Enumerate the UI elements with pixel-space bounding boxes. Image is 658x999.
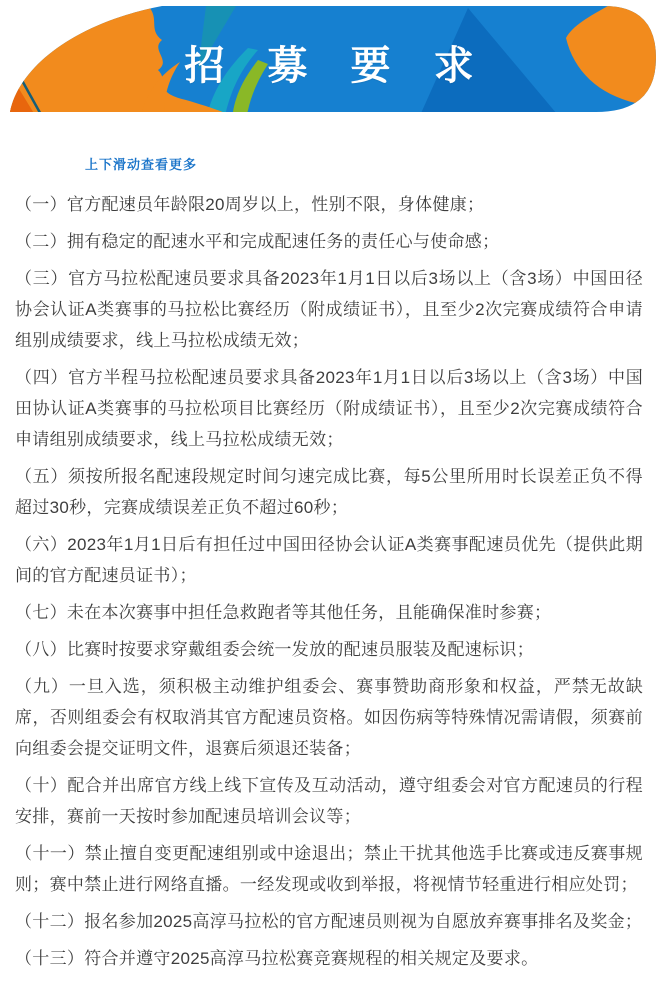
- requirement-item-6: （六）2023年1月1日后有担任过中国田径协会认证A类赛事配速员优先（提供此期间…: [15, 529, 643, 591]
- requirement-item-1: （一）官方配速员年龄限20周岁以上，性别不限，身体健康；: [15, 189, 643, 220]
- requirement-item-4: （四）官方半程马拉松配速员要求具备2023年1月1日以后3场以上（含3场）中国田…: [15, 362, 643, 455]
- requirement-item-8: （八）比赛时按要求穿戴组委会统一发放的配速员服装及配速标识；: [15, 634, 643, 665]
- requirement-item-12: （十二）报名参加2025高淳马拉松的官方配速员则视为自愿放弃赛事排名及奖金；: [15, 906, 643, 937]
- requirement-item-13: （十三）符合并遵守2025高淳马拉松赛竞赛规程的相关规定及要求。: [15, 943, 643, 974]
- requirement-item-9: （九）一旦入选，须积极主动维护组委会、赛事赞助商形象和权益，严禁无故缺席，否则组…: [15, 671, 643, 764]
- requirement-item-5: （五）须按所报名配速段规定时间匀速完成比赛，每5公里所用时长误差正负不得超过30…: [15, 461, 643, 523]
- requirements-list[interactable]: （一）官方配速员年龄限20周岁以上，性别不限，身体健康； （二）拥有稳定的配速水…: [0, 189, 658, 974]
- requirement-item-7: （七）未在本次赛事中担任急救跑者等其他任务，且能确保准时参赛；: [15, 597, 643, 628]
- requirement-item-11: （十一）禁止擅自变更配速组别或中途退出；禁止干扰其他选手比赛或违反赛事规则；赛中…: [15, 838, 643, 900]
- page-title: 招 募 要 求: [0, 34, 658, 91]
- header-banner: 招 募 要 求: [0, 0, 658, 120]
- requirement-item-3: （三）官方马拉松配速员要求具备2023年1月1日以后3场以上（含3场）中国田径协…: [15, 263, 643, 356]
- scroll-hint-label: 上下滑动查看更多: [85, 154, 658, 173]
- requirement-item-10: （十）配合并出席官方线上线下宣传及互动活动，遵守组委会对官方配速员的行程安排，赛…: [15, 770, 643, 832]
- requirement-item-2: （二）拥有稳定的配速水平和完成配速任务的责任心与使命感；: [15, 226, 643, 257]
